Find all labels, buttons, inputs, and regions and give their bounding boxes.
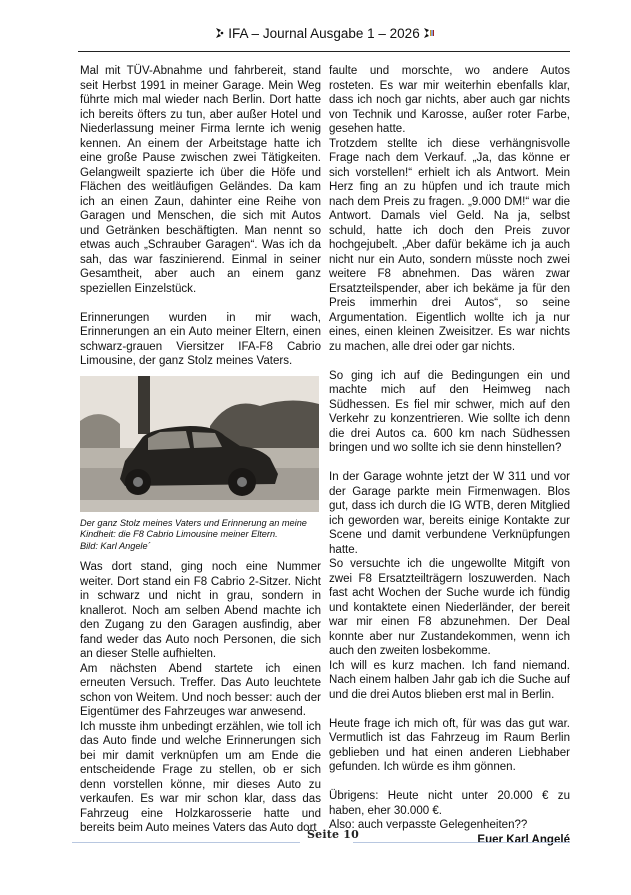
left-column: Mal mit TÜV-Abnahme und fahrbereit, stan… — [80, 64, 321, 836]
ornament-icon — [215, 23, 225, 35]
paragraph: Am nächsten Abend startete ich einen ern… — [80, 662, 321, 720]
page-number: Seite 10 — [307, 828, 359, 841]
paragraph: Ich will es kurz machen. Ich fand nieman… — [329, 659, 570, 703]
paragraph: faulte und morschte, wo andere Autos ros… — [329, 64, 570, 137]
paragraph: So versuchte ich die ungewollte Mitgift … — [329, 557, 570, 659]
right-column: faulte und morschte, wo andere Autos ros… — [329, 64, 570, 847]
header-divider — [78, 51, 570, 52]
paragraph: Was dort stand, ging noch eine Nummer we… — [80, 560, 321, 662]
paragraph: So ging ich auf die Bedingungen ein und … — [329, 369, 570, 456]
footer-rule-left — [72, 842, 300, 843]
paragraph: Mal mit TÜV-Abnahme und fahrbereit, stan… — [80, 64, 321, 296]
paragraph: Ich musste ihm unbedingt erzählen, wie t… — [80, 720, 321, 836]
paragraph: Trotzdem stellte ich diese verhängnisvol… — [329, 137, 570, 355]
caption-text: Der ganz Stolz meines Vaters und Erinner… — [80, 518, 321, 541]
paragraph: Übrigens: Heute nicht unter 20.000 € zu … — [329, 789, 570, 818]
photo-caption: Der ganz Stolz meines Vaters und Erinner… — [80, 518, 321, 553]
footer-rule-right — [353, 842, 570, 843]
car-photo — [80, 376, 319, 512]
page-footer: Seite 10 — [72, 826, 570, 846]
paragraph: In der Garage wohnte jetzt der W 311 und… — [329, 470, 570, 557]
ornament-icon — [423, 23, 433, 35]
journal-title: IFA – Journal Ausgabe 1 – 2026 — [228, 26, 419, 41]
page-header: IFA – Journal Ausgabe 1 – 2026 — [78, 22, 570, 52]
paragraph: Erinnerungen wurden in mir wach, Erinner… — [80, 311, 321, 369]
photo-credit: Bild: Karl Angele´ — [80, 541, 321, 553]
paragraph: Heute frage ich mich oft, für was das gu… — [329, 717, 570, 775]
